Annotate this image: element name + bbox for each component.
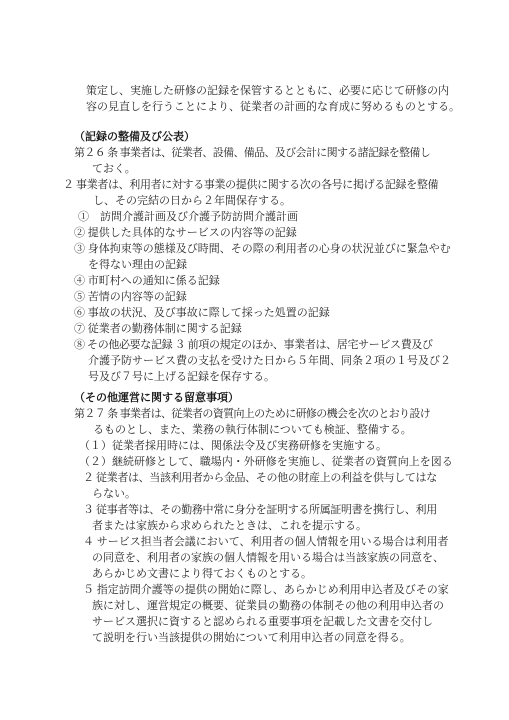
article-26-line: ２ 事業者は、利用者に対する事業の提供に関する次の各号に掲げる記録を整備 <box>0 177 509 193</box>
article-26-line: 第２６ 条 事業者は、従業者、設備、備品、及び会計に関する諸記録を整備し <box>0 145 509 161</box>
article-27-line: サービス選択に資すると認められる重要事項を記載した文書を交付し <box>0 614 509 630</box>
article-27-line: ２ 従業者は、当該利用者から金品、その他の財産上の利益を供与してはな <box>0 470 509 486</box>
article-26-line: し、その完結の日から２年間保存する。 <box>0 193 509 209</box>
article-27-line: あらかじめ文書により得ておくものとする。 <box>0 566 509 582</box>
section-1-heading: （記録の整備及び公表） <box>0 129 509 145</box>
article-26-line: 号及び７号に上げる記録を保存する。 <box>0 369 509 385</box>
numbered-item-line: ③ 身体拘束等の態様及び時間、その際の利用者の心身の状況並びに緊急やむ <box>0 241 509 257</box>
numbered-item-line: ① 訪問介護計画及び介護予防訪問介護計画 <box>0 209 509 225</box>
numbered-item-line: （２）継続研修として、職場内・外研修を実施し、従業者の資質向上を図る <box>0 454 509 470</box>
numbered-item-line: （１）従業者採用時には、関係法令及び実務研修を実施する。 <box>0 438 509 454</box>
article-27-line: ４ サービス担当者会議において、利用者の個人情報を用いる場合は利用者 <box>0 534 509 550</box>
article-27-line: るものとし、また、業務の執行体制についても検証、整備する。 <box>0 422 509 438</box>
article-27-line: 族に対し、運営規定の概要、従業員の勤務の体制その他の利用申込者の <box>0 598 509 614</box>
article-27-line: 第２７ 条 事業者は、従業者の資質向上のために研修の機会を次のとおり設け <box>0 406 509 422</box>
article-27-line: 者または家族から求められたときは、これを提示する。 <box>0 518 509 534</box>
article-27-line: ３ 従事者等は、その勤務中常に身分を証明する所属証明書を携行し、利用 <box>0 502 509 518</box>
numbered-item-line: ⑧ その他必要な記録 ３ 前項の規定のほか、事業者は、居宅サービス費及び <box>0 337 509 353</box>
article-26-line: ておく。 <box>0 161 509 177</box>
article-27-line: の同意を、利用者の家族の個人情報を用いる場合は当該家族の同意を、 <box>0 550 509 566</box>
intro-paragraph-line: 容の見直しを行うことにより、従業者の計画的な育成に努めるものとする。 <box>0 99 509 115</box>
numbered-item-line: ⑦ 従業者の勤務体制に関する記録 <box>0 321 509 337</box>
article-27-line: ５ 指定訪問介護等の提供の開始に際し、あらかじめ利用申込者及びその家 <box>0 582 509 598</box>
intro-paragraph-line: 策定し、実施した研修の記録を保管するとともに、必要に応じて研修の内 <box>0 83 509 99</box>
numbered-item-line: ② 提供した具体的なサービスの内容等の記録 <box>0 225 509 241</box>
article-27-line: て説明を行い当該提供の開始について利用申込者の同意を得る。 <box>0 630 509 646</box>
article-26-line: 介護予防サービス費の支払を受けた日から５年間、同条２項の１号及び２ <box>0 353 509 369</box>
numbered-item-line: ④ 市町村への通知に係る記録 <box>0 273 509 289</box>
numbered-item-line: を得ない理由の記録 <box>0 257 509 273</box>
numbered-item-line: ⑤ 苦情の内容等の記録 <box>0 289 509 305</box>
section-2-heading: （その他運営に関する留意事項） <box>0 390 509 406</box>
document-page: 策定し、実施した研修の記録を保管するとともに、必要に応じて研修の内 容の見直しを… <box>0 0 509 720</box>
numbered-item-line: ⑥ 事故の状況、及び事故に際して採った処置の記録 <box>0 305 509 321</box>
article-27-line: らない。 <box>0 486 509 502</box>
